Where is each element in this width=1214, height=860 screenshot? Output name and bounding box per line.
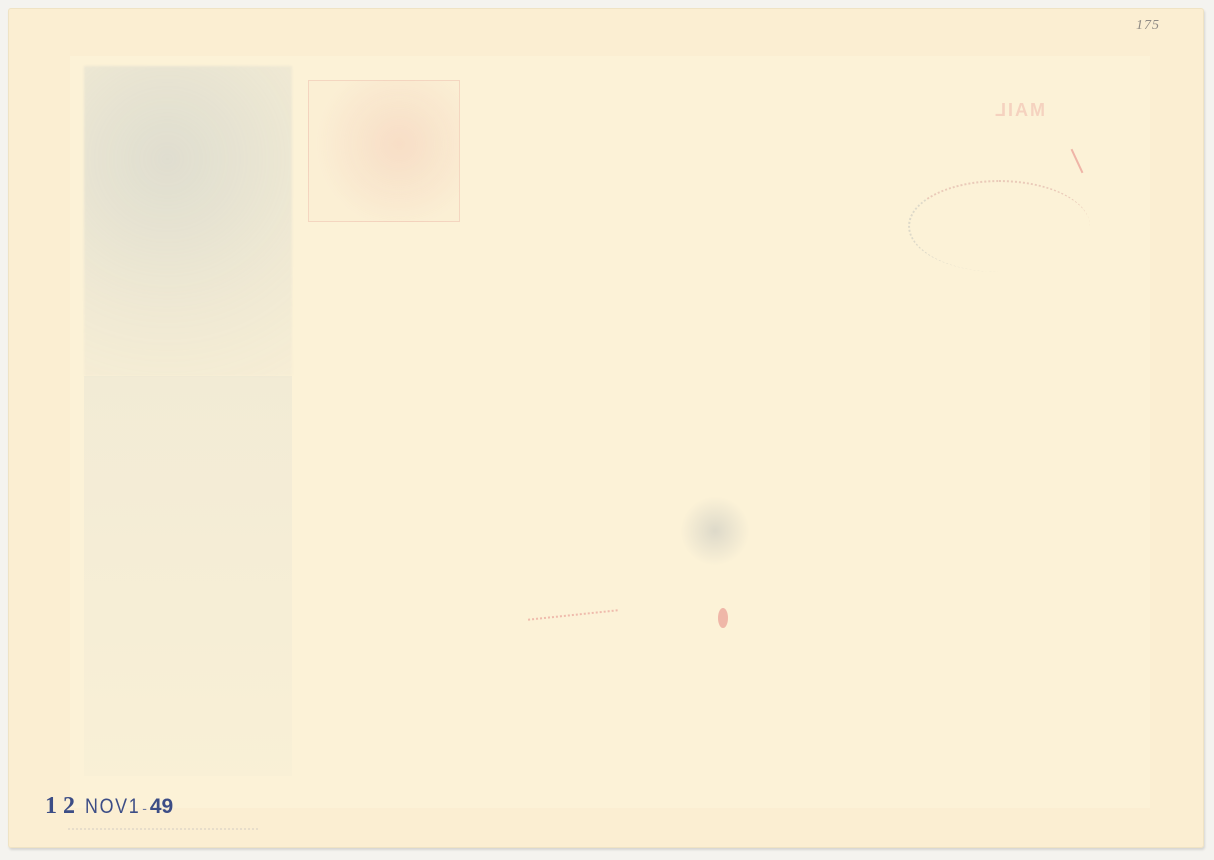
date-stamp-separator: - <box>142 800 147 816</box>
show-through-postmark-oval <box>908 180 1090 272</box>
show-through-text-lines <box>68 828 258 844</box>
show-through-red-dot <box>718 608 728 628</box>
date-stamp-year: 49 <box>150 795 173 819</box>
pencil-annotation: 175 <box>1136 18 1160 34</box>
date-stamp-month: NOV1 <box>85 795 140 819</box>
date-stamp-day: 12 <box>45 793 81 820</box>
show-through-postage-red <box>308 80 460 222</box>
show-through-stamp-lower <box>84 376 292 776</box>
envelope-back: MAIL <box>8 8 1204 848</box>
date-stamp: 12 NOV1 - 49 <box>45 793 173 820</box>
show-through-grey-blot <box>680 496 750 566</box>
show-through-stamp-blue <box>84 66 292 376</box>
show-through-red-text: MAIL <box>993 100 1045 121</box>
